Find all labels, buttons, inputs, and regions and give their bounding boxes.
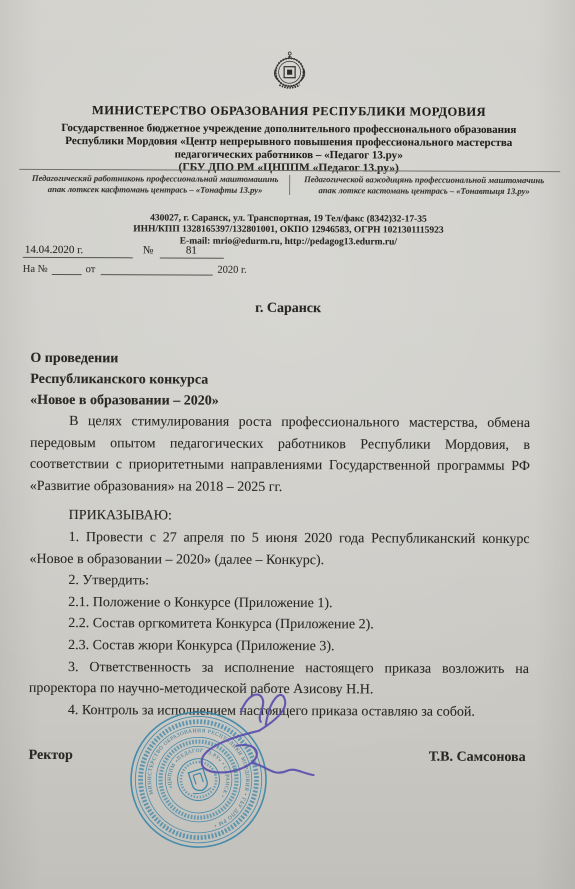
subject-line: Республиканского конкурса <box>30 369 219 391</box>
reply-year: 2020 г. <box>217 265 246 276</box>
document-content: МИНИСТЕРСТВО ОБРАЗОВАНИЯ РЕСПУБЛИКИ МОРД… <box>0 0 575 889</box>
order-item: 2.3. Состав жюри Конкурса (Приложение 3)… <box>29 635 529 659</box>
ministry-title: МИНИСТЕРСТВО ОБРАЗОВАНИЯ РЕСПУБЛИКИ МОРД… <box>1 103 575 121</box>
letterhead-erzya: Педагогической важодицянь профессиональн… <box>290 174 558 197</box>
order-item: 2.1. Положение о Конкурсе (Приложение 1)… <box>29 592 529 616</box>
city-line: г. Саранск <box>1 300 575 319</box>
letterhead-moksha: Педагогическяй работниконь профессиональ… <box>21 173 289 196</box>
reply-prefix: На № <box>23 264 48 275</box>
reply-number-blank <box>52 263 82 275</box>
intro-paragraph: В целях стимулирования роста профессиона… <box>30 411 530 500</box>
scanned-order-page: МИНИСТЕРСТВО ОБРАЗОВАНИЯ РЕСПУБЛИКИ МОРД… <box>0 0 575 889</box>
reply-from-label: от <box>86 264 96 275</box>
institution-line: педагогических работников – «Педагог 13.… <box>1 147 575 162</box>
letterhead: МИНИСТЕРСТВО ОБРАЗОВАНИЯ РЕСПУБЛИКИ МОРД… <box>1 43 575 176</box>
number-sign: № <box>143 244 154 256</box>
institution-name: Государственное бюджетное учреждение доп… <box>1 122 575 163</box>
reference-line: На №от2020 г. <box>23 263 247 276</box>
order-item: 2. Утвердить: <box>29 570 529 594</box>
handwritten-signature <box>170 677 331 796</box>
order-item: 2.2. Состав оргкомитета Конкурса (Прилож… <box>29 613 529 637</box>
coat-of-arms-icon <box>267 44 311 96</box>
resolution-word: ПРИКАЗЫВАЮ: <box>30 505 530 529</box>
signer-name: Т.В. Самсонова <box>429 750 526 766</box>
subject-line: О проведении <box>30 348 219 370</box>
date-number-line: 14.04.2020 г.№81 <box>23 244 224 259</box>
order-number: 81 <box>159 244 223 258</box>
order-body: В целях стимулирования роста профессиона… <box>29 411 530 723</box>
order-date: 14.04.2020 г. <box>23 244 133 258</box>
reply-date-blank <box>100 263 212 275</box>
signer-title: Ректор <box>29 748 73 764</box>
institution-line: Республики Мордовия «Центр непрерывного … <box>1 135 575 150</box>
order-item: 1. Провести с 27 апреля по 5 июня 2020 г… <box>29 527 529 572</box>
bilingual-letterhead: Педагогическяй работниконь профессиональ… <box>21 173 558 197</box>
subject-line: «Новое в образовании – 2020» <box>30 390 219 412</box>
order-subject: О проведении Республиканского конкурса «… <box>30 348 219 412</box>
